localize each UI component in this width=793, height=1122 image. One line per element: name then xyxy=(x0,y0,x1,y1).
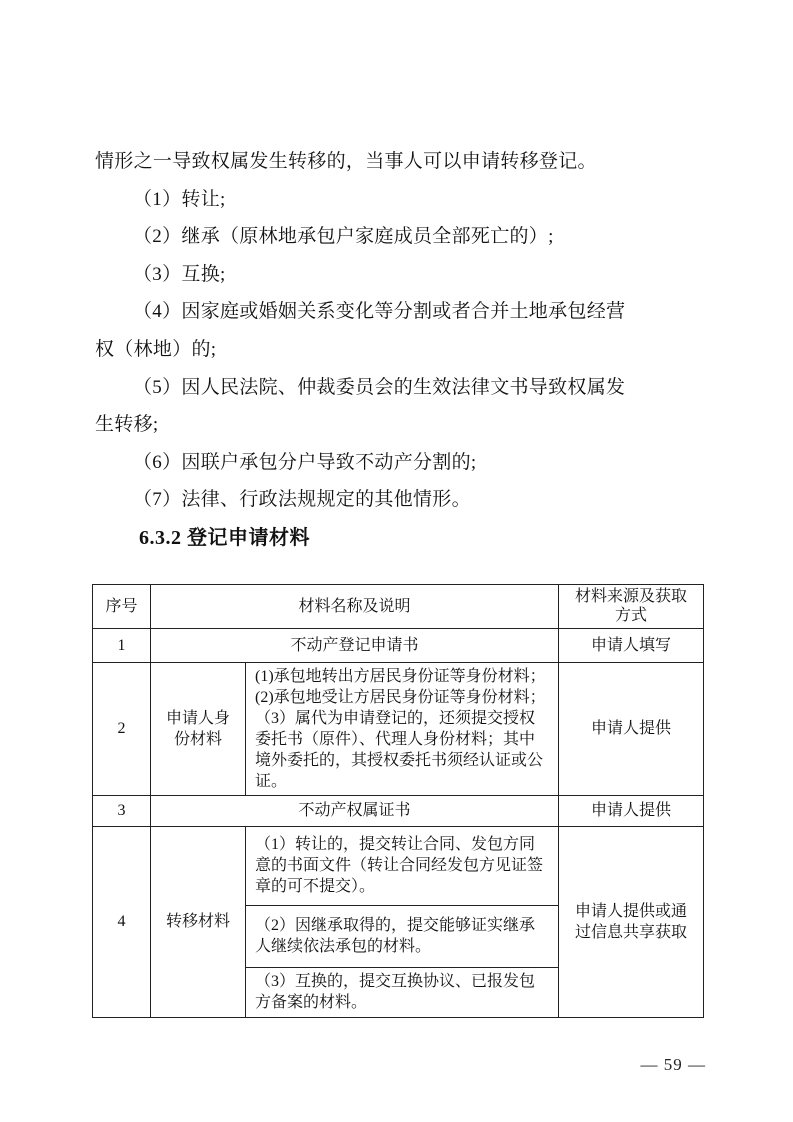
cell-source: 申请人提供 xyxy=(559,662,704,795)
page-number: — 59 — xyxy=(95,1055,720,1075)
materials-table: 序号 材料名称及说明 材料来源及获取方式 1 不动产登记申请书 申请人填写 2 … xyxy=(92,584,704,1018)
section-heading: 6.3.2 登记申请材料 xyxy=(95,519,703,557)
cell-material-name: 不动产登记申请书 xyxy=(151,628,559,662)
cell-category: 转移材料 xyxy=(151,826,246,1017)
header-cell-index: 序号 xyxy=(93,584,151,628)
cell-source: 申请人提供 xyxy=(559,795,704,826)
cell-source: 申请人填写 xyxy=(559,628,704,662)
list-item-7: （7）法律、行政法规规定的其他情形。 xyxy=(95,481,633,519)
cell-material-name: 不动产权属证书 xyxy=(151,795,559,826)
list-item-6: （6）因联户承包分户导致不动产分割的; xyxy=(95,444,633,482)
cell-category: 申请人身份材料 xyxy=(151,662,246,795)
list-item-1: （1）转让; xyxy=(95,181,633,219)
cell-description: （1）转让的，提交转让合同、发包方同意的书面文件（转让合同经发包方见证签章的可不… xyxy=(246,826,559,905)
list-item-3: （3）互换; xyxy=(95,256,633,294)
description-item: (1)承包地转出方居民身份证等身份材料； xyxy=(255,666,549,687)
cell-description: （3）互换的，提交互换协议、已报发包方备案的材料。 xyxy=(246,967,559,1017)
table-row: 1 不动产登记申请书 申请人填写 xyxy=(93,628,704,662)
table-row: 4 转移材料 （1）转让的，提交转让合同、发包方同意的书面文件（转让合同经发包方… xyxy=(93,826,704,905)
header-cell-source: 材料来源及获取方式 xyxy=(559,584,704,628)
document-page: 情形之一导致权属发生转移的，当事人可以申请转移登记。 （1）转让; （2）继承（… xyxy=(0,0,793,1122)
page-content: 情形之一导致权属发生转移的，当事人可以申请转移登记。 （1）转让; （2）继承（… xyxy=(0,0,793,1075)
paragraph-intro: 情形之一导致权属发生转移的，当事人可以申请转移登记。 xyxy=(95,143,633,181)
cell-index: 4 xyxy=(93,826,151,1017)
table-row: 2 申请人身份材料 (1)承包地转出方居民身份证等身份材料； (2)承包地受让方… xyxy=(93,662,704,795)
description-item: （3）属代为申请登记的，还须提交授权委托书（原件）、代理人身份材料；其中境外委托… xyxy=(255,708,549,792)
list-item-4: （4）因家庭或婚姻关系变化等分割或者合并土地承包经营权（林地）的; xyxy=(95,293,633,368)
list-item-2: （2）继承（原林地承包户家庭成员全部死亡的）; xyxy=(95,218,633,256)
cell-description: (1)承包地转出方居民身份证等身份材料； (2)承包地受让方居民身份证等身份材料… xyxy=(246,662,559,795)
header-cell-name: 材料名称及说明 xyxy=(151,584,559,628)
description-item: (2)承包地受让方居民身份证等身份材料； xyxy=(255,687,549,708)
cell-index: 3 xyxy=(93,795,151,826)
cell-description: （2）因继承取得的，提交能够证实继承人继续依法承包的材料。 xyxy=(246,905,559,967)
cell-index: 2 xyxy=(93,662,151,795)
table-header-row: 序号 材料名称及说明 材料来源及获取方式 xyxy=(93,584,704,628)
table-row: 3 不动产权属证书 申请人提供 xyxy=(93,795,704,826)
list-item-5: （5）因人民法院、仲裁委员会的生效法律文书导致权属发生转移; xyxy=(95,369,633,444)
cell-source: 申请人提供或通过信息共享获取 xyxy=(559,826,704,1017)
cell-index: 1 xyxy=(93,628,151,662)
